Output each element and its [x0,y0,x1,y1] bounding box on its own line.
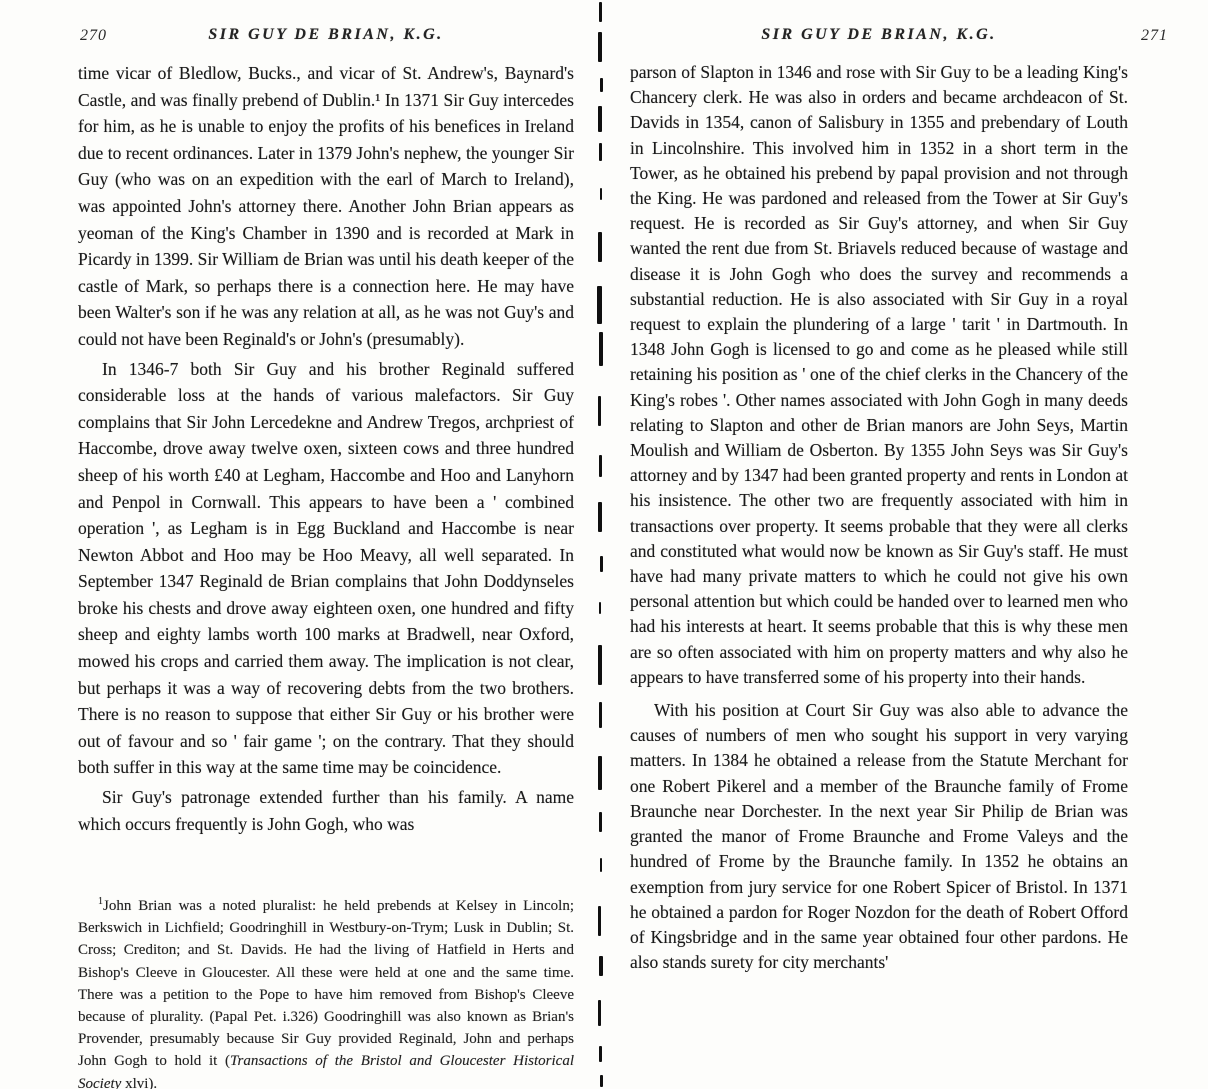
binding-mark [598,396,601,426]
binding-mark [598,502,602,532]
binding-mark [599,2,602,22]
footnote: 1John Brian was a noted pluralist: he he… [78,895,574,1089]
body-paragraph: parson of Slapton in 1346 and rose with … [630,60,1128,690]
binding-mark [599,702,602,728]
binding-mark [598,106,602,132]
binding-mark [599,455,602,477]
book-spread: 270 SIR GUY DE BRIAN, K.G. time vicar of… [0,0,1208,1089]
page-body: time vicar of Bledlow, Bucks., and vicar… [78,60,574,837]
body-paragraph: time vicar of Bledlow, Bucks., and vicar… [78,60,574,353]
page-right: SIR GUY DE BRIAN, K.G. 271 parson of Sla… [630,0,1128,975]
binding-mark [598,756,602,790]
binding-mark [598,906,601,936]
binding-mark [599,812,602,832]
body-paragraph: In 1346-7 both Sir Guy and his brother R… [78,356,574,782]
page-number: 270 [80,27,107,45]
binding-mark [599,1046,602,1062]
page-body: parson of Slapton in 1346 and rose with … [630,60,1128,975]
binding-mark [598,1000,601,1026]
binding-mark [600,188,602,200]
binding-mark [599,143,602,161]
binding-marks [594,0,608,1089]
running-header: SIR GUY DE BRIAN, K.G. [78,26,574,44]
binding-mark [598,645,602,685]
binding-mark [600,78,603,92]
footnote-text-tail: xlvi). [121,1076,157,1089]
binding-mark [600,556,603,572]
binding-mark [599,956,603,976]
binding-mark [599,602,601,614]
binding-mark [598,232,602,262]
body-paragraph: With his position at Court Sir Guy was a… [630,698,1128,975]
binding-mark [600,858,602,872]
page-header: SIR GUY DE BRIAN, K.G. 271 [630,26,1128,52]
page-number: 271 [1141,27,1168,45]
body-paragraph: Sir Guy's patronage extended further tha… [78,784,574,837]
running-header: SIR GUY DE BRIAN, K.G. [630,26,1128,44]
binding-mark [600,1075,603,1087]
page-left: 270 SIR GUY DE BRIAN, K.G. time vicar of… [78,0,574,837]
binding-mark [597,286,602,324]
page-header: 270 SIR GUY DE BRIAN, K.G. [78,26,574,52]
footnote-text: John Brian was a noted pluralist: he hel… [78,898,574,1069]
binding-mark [598,32,602,62]
binding-mark [599,332,603,366]
